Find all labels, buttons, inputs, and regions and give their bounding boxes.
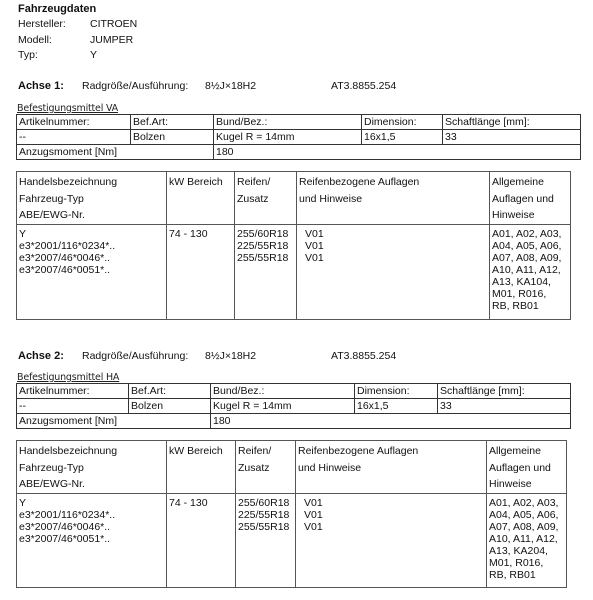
header-collar: Bund/Bez.:: [214, 115, 362, 130]
collar: Kugel R = 14mm: [211, 399, 355, 414]
axle-1-label: Achse 1:: [18, 80, 64, 92]
torque-row: Anzugsmoment [Nm] 180: [17, 414, 571, 429]
spec-header-row: Handelsbezeichnung Fahrzeug-Typ ABE/EWG-…: [17, 172, 571, 225]
axle-2-wheel-size: 8½J×18H2: [205, 350, 256, 362]
type-label: Typ:: [18, 49, 38, 61]
article-number: --: [17, 399, 129, 414]
dimension: 16x1,5: [362, 130, 443, 145]
axle-2-fastener-table: Artikelnummer: Bef.Art: Bund/Bez.: Dimen…: [16, 383, 571, 429]
torque-label: Anzugsmoment [Nm]: [17, 414, 211, 429]
header-fastener-type: Bef.Art:: [129, 384, 211, 399]
fastener-type: Bolzen: [131, 130, 214, 145]
manufacturer-value: CITROEN: [90, 18, 137, 30]
axle-2-wheel-label: Radgröße/Ausführung:: [82, 350, 188, 362]
spec-body-row: Y e3*2001/116*0234*.. e3*2007/46*0046*..…: [17, 493, 567, 587]
header-dimension: Dimension:: [362, 115, 443, 130]
tire-sizes: 255/60R18 225/55R18 255/55R18: [236, 493, 296, 587]
header-tires: Reifen/ Zusatz: [235, 172, 297, 225]
general-notes: A01, A02, A03, A04, A05, A06, A07, A08, …: [487, 493, 567, 587]
tire-notes: V01 V01 V01: [296, 493, 487, 587]
header-collar: Bund/Bez.:: [211, 384, 355, 399]
collar: Kugel R = 14mm: [214, 130, 362, 145]
axle-2-label: Achse 2:: [18, 350, 64, 362]
tire-sizes: 255/60R18 225/55R18 255/55R18: [235, 224, 297, 319]
header-kw-range: kW Bereich: [167, 172, 235, 225]
spec-body-row: Y e3*2001/116*0234*.. e3*2007/46*0046*..…: [17, 224, 571, 319]
type-approval-numbers: Y e3*2001/116*0234*.. e3*2007/46*0046*..…: [17, 224, 167, 319]
axle-2-part-number: AT3.8855.254: [331, 350, 396, 362]
model-value: JUMPER: [90, 34, 133, 46]
fastener-header-row: Artikelnummer: Bef.Art: Bund/Bez.: Dimen…: [17, 384, 571, 399]
axle-1-part-number: AT3.8855.254: [331, 80, 396, 92]
type-value: Y: [90, 49, 97, 61]
type-approval-numbers: Y e3*2001/116*0234*.. e3*2007/46*0046*..…: [17, 493, 167, 587]
header-fastener-type: Bef.Art:: [131, 115, 214, 130]
axle-2-fastener-title: Befestigungsmittel HA: [17, 372, 119, 383]
fastener-value-row: -- Bolzen Kugel R = 14mm 16x1,5 33: [17, 130, 581, 145]
fastener-type: Bolzen: [129, 399, 211, 414]
shaft-length: 33: [443, 130, 581, 145]
header-article-number: Artikelnummer:: [17, 384, 129, 399]
axle-2-spec-table: Handelsbezeichnung Fahrzeug-Typ ABE/EWG-…: [16, 440, 567, 588]
axle-1-wheel-size: 8½J×18H2: [205, 80, 256, 92]
header-dimension: Dimension:: [355, 384, 438, 399]
spec-header-row: Handelsbezeichnung Fahrzeug-Typ ABE/EWG-…: [17, 441, 567, 494]
axle-1-spec-table: Handelsbezeichnung Fahrzeug-Typ ABE/EWG-…: [16, 171, 571, 320]
header-general-notes: Allgemeine Auflagen und Hinweise: [487, 441, 567, 494]
header-shaft-length: Schaftlänge [mm]:: [443, 115, 581, 130]
kw-range: 74 - 130: [167, 493, 236, 587]
header-tire-notes: Reifenbezogene Auflagen und Hinweise: [297, 172, 490, 225]
axle-1-fastener-table: Artikelnummer: Bef.Art: Bund/Bez.: Dimen…: [16, 114, 581, 160]
header-trade-name: Handelsbezeichnung Fahrzeug-Typ ABE/EWG-…: [17, 441, 167, 494]
axle-1-fastener-title: Befestigungsmittel VA: [17, 103, 118, 114]
header-article-number: Artikelnummer:: [17, 115, 131, 130]
dimension: 16x1,5: [355, 399, 438, 414]
vehicle-data-heading: Fahrzeugdaten: [18, 3, 96, 15]
general-notes: A01, A02, A03, A04, A05, A06, A07, A08, …: [490, 224, 571, 319]
axle-1-wheel-label: Radgröße/Ausführung:: [82, 80, 188, 92]
manufacturer-label: Hersteller:: [18, 18, 66, 30]
header-tires: Reifen/ Zusatz: [236, 441, 296, 494]
torque-value: 180: [214, 145, 581, 160]
tire-notes: V01 V01 V01: [297, 224, 490, 319]
torque-row: Anzugsmoment [Nm] 180: [17, 145, 581, 160]
fastener-value-row: -- Bolzen Kugel R = 14mm 16x1,5 33: [17, 399, 571, 414]
header-trade-name: Handelsbezeichnung Fahrzeug-Typ ABE/EWG-…: [17, 172, 167, 225]
header-kw-range: kW Bereich: [167, 441, 236, 494]
shaft-length: 33: [438, 399, 571, 414]
header-tire-notes: Reifenbezogene Auflagen und Hinweise: [296, 441, 487, 494]
kw-range: 74 - 130: [167, 224, 235, 319]
article-number: --: [17, 130, 131, 145]
torque-value: 180: [211, 414, 571, 429]
torque-label: Anzugsmoment [Nm]: [17, 145, 214, 160]
header-general-notes: Allgemeine Auflagen und Hinweise: [490, 172, 571, 225]
fastener-header-row: Artikelnummer: Bef.Art: Bund/Bez.: Dimen…: [17, 115, 581, 130]
header-shaft-length: Schaftlänge [mm]:: [438, 384, 571, 399]
model-label: Modell:: [18, 34, 52, 46]
